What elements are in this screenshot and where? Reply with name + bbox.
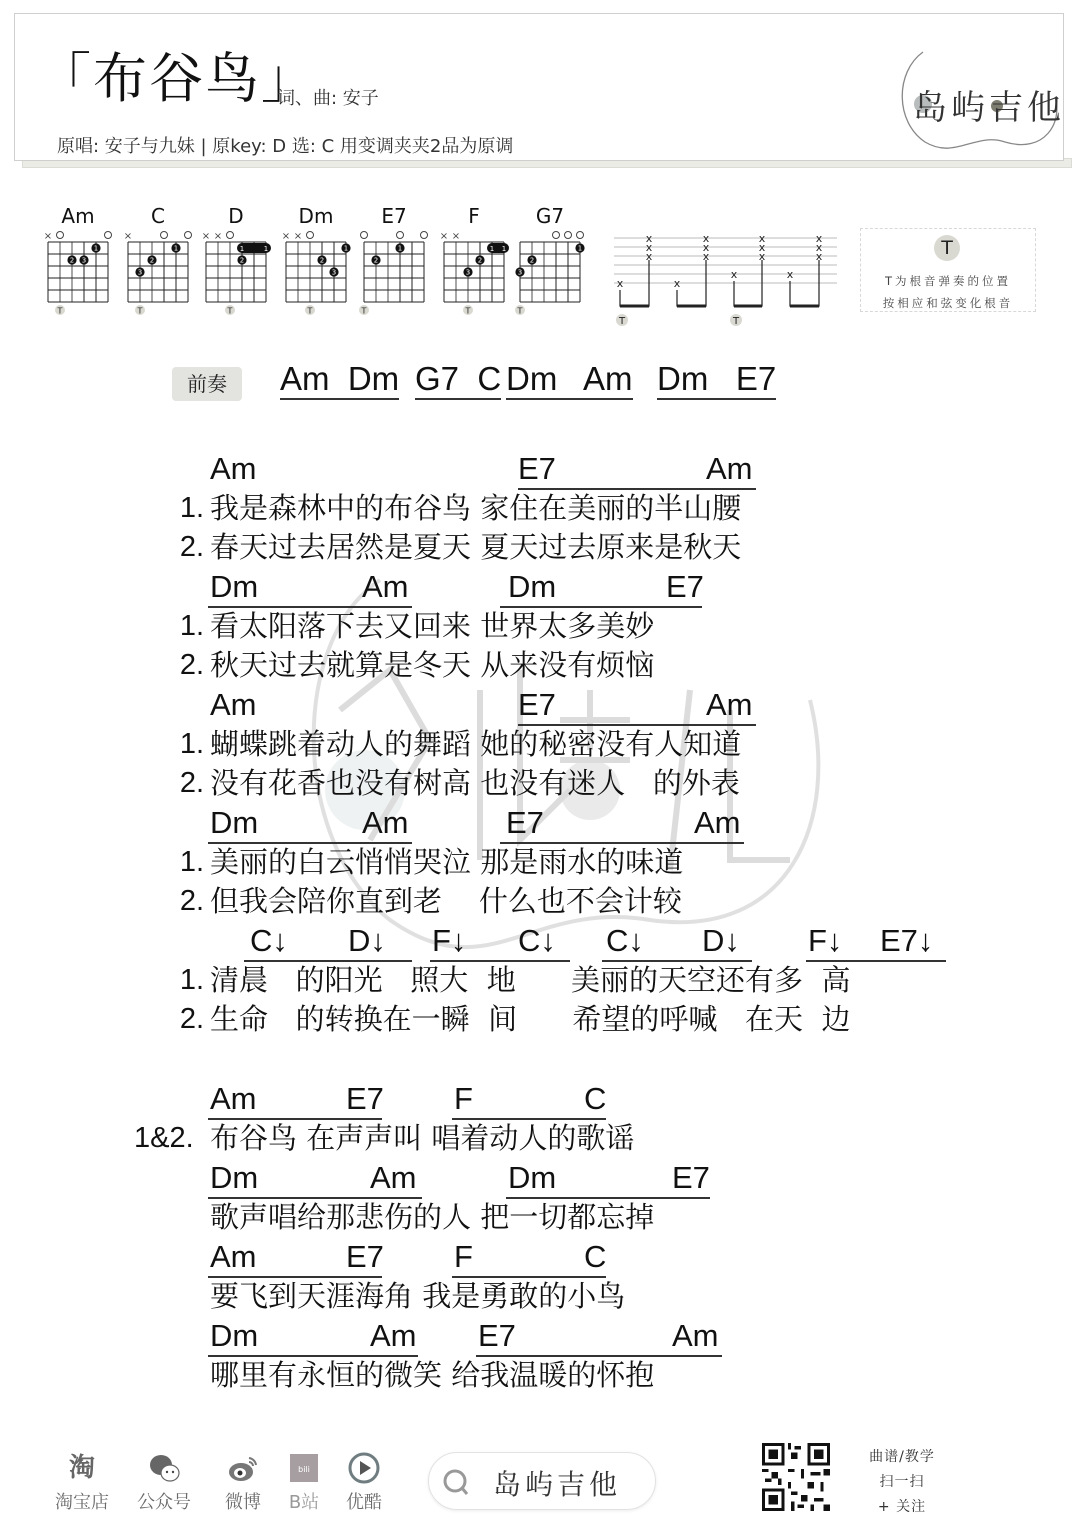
lyric-line: 秋天过去就算是冬天 从来没有烦恼 — [210, 647, 654, 683]
search-icon — [441, 1467, 471, 1497]
svg-text:1: 1 — [502, 245, 506, 253]
svg-text:T: T — [618, 316, 626, 327]
lyric-line: 清晨 的阳光 照大 地 美丽的天空还有多 高 — [210, 962, 851, 998]
svg-text:2: 2 — [320, 257, 324, 265]
footer-link-label: 优酷 — [334, 1488, 394, 1514]
chord-label: E7 — [478, 1319, 516, 1353]
svg-text:3: 3 — [466, 269, 470, 277]
qr-caption-1: 曲谱/教学 — [862, 1446, 942, 1466]
verse-number: 1. — [164, 844, 204, 880]
lyric-line: 生命 的转换在一瞬 间 希望的呼喊 在天 边 — [210, 1001, 851, 1037]
svg-text:2: 2 — [530, 257, 534, 265]
chord-label: Dm — [210, 1319, 258, 1353]
svg-text:1: 1 — [344, 245, 348, 253]
verse-number: 2. — [164, 1001, 204, 1037]
chord-label: F — [454, 1082, 473, 1116]
bilibili-icon: bili — [288, 1452, 320, 1484]
chord-label: Am — [210, 1082, 257, 1116]
svg-text:1: 1 — [398, 245, 402, 253]
svg-text:1: 1 — [490, 245, 494, 253]
brand-logo-text: 岛屿吉他 — [913, 80, 1065, 129]
wechat-icon — [148, 1452, 180, 1484]
chord-label: E7 — [346, 1240, 384, 1274]
svg-text:2: 2 — [70, 257, 74, 265]
svg-text:2: 2 — [478, 257, 482, 265]
chord-label: Dm — [508, 1161, 556, 1195]
chord-name: Am — [42, 204, 114, 228]
svg-text:3: 3 — [332, 269, 336, 277]
fretboard-icon: 123T — [514, 230, 586, 322]
fretboard-icon: ××123T — [280, 230, 352, 322]
fretboard-icon: 12T — [358, 230, 430, 322]
intro-chord-group: G7 C — [415, 360, 501, 400]
header-card: 「布谷鸟」 词、曲: 安子 原唱: 安子与九妹 | 原key: D 选: C 用… — [14, 13, 1064, 161]
chord-label: E7↓ — [880, 924, 933, 958]
footer-link-wechat[interactable]: 公众号 — [134, 1452, 194, 1514]
chord-name: C — [122, 204, 194, 228]
root-note-legend: T T为根音弹奏的位置 按相应和弦变化根音 — [860, 228, 1036, 312]
chord-label: E7 — [518, 452, 556, 486]
chord-label: E7 — [672, 1161, 710, 1195]
svg-text:T: T — [227, 307, 233, 316]
strum-tab-icon: xxx xxx xxx xxx xxxx T T — [612, 230, 842, 330]
chord-label: F↓ — [432, 924, 466, 958]
fretboard-icon: ×123T — [122, 230, 194, 322]
svg-text:×: × — [282, 231, 290, 242]
svg-text:T: T — [361, 307, 367, 316]
chord-name: E7 — [358, 204, 430, 228]
intro-label: 前奏 — [172, 367, 242, 401]
qr-caption-2: 扫一扫 — [862, 1471, 942, 1491]
chord-label: F — [454, 1240, 473, 1274]
svg-text:T: T — [137, 307, 143, 316]
footer-link-label: 公众号 — [134, 1488, 194, 1514]
svg-text:×: × — [294, 231, 302, 242]
verse-number: 2. — [164, 765, 204, 801]
root-note-icon: T — [934, 235, 960, 261]
chord-name: D — [200, 204, 272, 228]
lyric-line: 布谷鸟 在声声叫 唱着动人的歌谣 — [210, 1120, 634, 1156]
chord-label: Am — [694, 806, 741, 840]
lyric-line: 看太阳落下去又回来 世界太多美妙 — [210, 608, 654, 644]
search-box[interactable]: 岛屿吉他 — [428, 1452, 656, 1510]
footer-link-label: 微博 — [213, 1488, 273, 1514]
svg-text:1: 1 — [94, 245, 98, 253]
strum-pattern: xxx xxx xxx xxx xxxx T T — [612, 230, 842, 334]
chord-label: E7 — [666, 570, 704, 604]
footer-link-youku[interactable]: 优酷 — [334, 1452, 394, 1514]
svg-text:2: 2 — [240, 257, 244, 265]
chord-label: D↓ — [348, 924, 386, 958]
chord-label: F↓ — [808, 924, 842, 958]
svg-text:T: T — [465, 307, 471, 316]
chord-label: Dm — [210, 1161, 258, 1195]
chord-label: Am — [370, 1319, 417, 1353]
svg-text:T: T — [732, 316, 740, 327]
chord-label: C — [584, 1082, 606, 1116]
svg-text:x: x — [787, 268, 794, 281]
lyric-line: 没有花香也没有树高 也没有迷人 的外表 — [210, 765, 740, 801]
chord-label: Am — [362, 570, 409, 604]
svg-text:x: x — [731, 268, 738, 281]
fretboard-icon: ×123T — [42, 230, 114, 322]
svg-text:x: x — [617, 277, 624, 290]
verse-number: 1. — [164, 490, 204, 526]
svg-text:×: × — [214, 231, 222, 242]
verse-number: 1. — [164, 962, 204, 998]
svg-text:1: 1 — [174, 245, 178, 253]
intro-chord-group: Dm E7 — [657, 360, 776, 400]
chorus-label: 1&2. — [134, 1120, 194, 1156]
chord-label: C↓ — [518, 924, 556, 958]
svg-text:3: 3 — [518, 269, 522, 277]
qr-caption-3: + 关注 — [862, 1496, 942, 1516]
svg-text:×: × — [124, 231, 132, 242]
lyric-line: 要飞到天涯海角 我是勇敢的小鸟 — [210, 1278, 625, 1314]
footer-link-taobao[interactable]: 淘 淘宝店 — [52, 1452, 112, 1514]
chord-label: D↓ — [702, 924, 740, 958]
lyric-line: 我是森林中的布谷鸟 家住在美丽的半山腰 — [210, 490, 741, 526]
chord-label: Am — [362, 806, 409, 840]
svg-text:3: 3 — [138, 269, 142, 277]
chord-name: G7 — [514, 204, 586, 228]
taobao-icon: 淘 — [66, 1452, 98, 1484]
chord-label: Am — [672, 1319, 719, 1353]
svg-text:×: × — [44, 231, 52, 242]
svg-text:x: x — [674, 277, 681, 290]
verse-number: 1. — [164, 608, 204, 644]
chord-label: Am — [210, 452, 257, 486]
song-title: 「布谷鸟」 — [37, 44, 317, 114]
chord-label: E7 — [346, 1082, 384, 1116]
verse-number: 1. — [164, 726, 204, 762]
song-credits: 词、曲: 安子 — [277, 84, 379, 110]
lyric-line: 哪里有永恒的微笑 给我温暖的怀抱 — [210, 1357, 654, 1393]
chord-label: C↓ — [250, 924, 288, 958]
footer-link-bilibili[interactable]: bili B站 — [274, 1452, 334, 1514]
footer-link-label: B站 — [274, 1488, 334, 1514]
fretboard-icon: ××1123T — [438, 230, 510, 322]
chord-label: C — [584, 1240, 606, 1274]
search-text: 岛屿吉他 — [493, 1463, 621, 1503]
footer-link-weibo[interactable]: 微博 — [213, 1452, 273, 1514]
chord-label: Am — [706, 452, 753, 486]
svg-text:2: 2 — [150, 257, 154, 265]
song-meta: 原唱: 安子与九妹 | 原key: D 选: C 用变调夹夹2品为原调 — [57, 132, 513, 158]
chord-label: Dm — [210, 806, 258, 840]
chord-label: Am — [210, 688, 257, 722]
lyric-line: 歌声唱给那悲伤的人 把一切都忘掉 — [210, 1199, 654, 1235]
brand-logo: 岛屿吉他 — [895, 42, 1065, 160]
svg-text:2: 2 — [374, 257, 378, 265]
verse-number: 2. — [164, 647, 204, 683]
chord-name: F — [438, 204, 510, 228]
svg-text:T: T — [57, 307, 63, 316]
lyric-line: 美丽的白云悄悄哭泣 那是雨水的味道 — [210, 844, 683, 880]
weibo-icon — [227, 1452, 259, 1484]
lyric-line: 蝴蝶跳着动人的舞蹈 她的秘密没有人知道 — [210, 726, 741, 762]
chord-label: Dm — [210, 570, 258, 604]
svg-text:bili: bili — [298, 1465, 310, 1474]
svg-text:3: 3 — [82, 257, 86, 265]
intro-chord-group: Dm Am — [506, 360, 633, 400]
svg-text:T: T — [307, 307, 313, 316]
lyric-line: 但我会陪你直到老 什么也不会计较 — [210, 883, 682, 919]
chord-label: E7 — [506, 806, 544, 840]
chord-label: E7 — [518, 688, 556, 722]
intro-chord-group: Am Dm — [280, 360, 399, 400]
svg-text:×: × — [440, 231, 448, 242]
svg-text:1: 1 — [578, 245, 582, 253]
svg-text:T: T — [517, 307, 523, 316]
qr-code[interactable] — [762, 1443, 830, 1511]
svg-text:×: × — [452, 231, 460, 242]
footer-link-label: 淘宝店 — [52, 1488, 112, 1514]
chord-name: Dm — [280, 204, 352, 228]
legend-line-2: 按相应和弦变化根音 — [861, 295, 1035, 311]
chord-label: Am — [706, 688, 753, 722]
fretboard-icon: ××112T — [200, 230, 272, 322]
chord-label: C↓ — [606, 924, 644, 958]
svg-text:1: 1 — [240, 245, 244, 253]
svg-text:×: × — [202, 231, 210, 242]
lyric-line: 春天过去居然是夏天 夏天过去原来是秋天 — [210, 529, 741, 565]
legend-line-1: T为根音弹奏的位置 — [861, 273, 1035, 289]
verse-number: 2. — [164, 529, 204, 565]
youku-icon — [348, 1452, 380, 1484]
chord-label: Dm — [508, 570, 556, 604]
verse-number: 2. — [164, 883, 204, 919]
chord-label: Am — [370, 1161, 417, 1195]
svg-text:1: 1 — [264, 245, 268, 253]
chord-label: Am — [210, 1240, 257, 1274]
